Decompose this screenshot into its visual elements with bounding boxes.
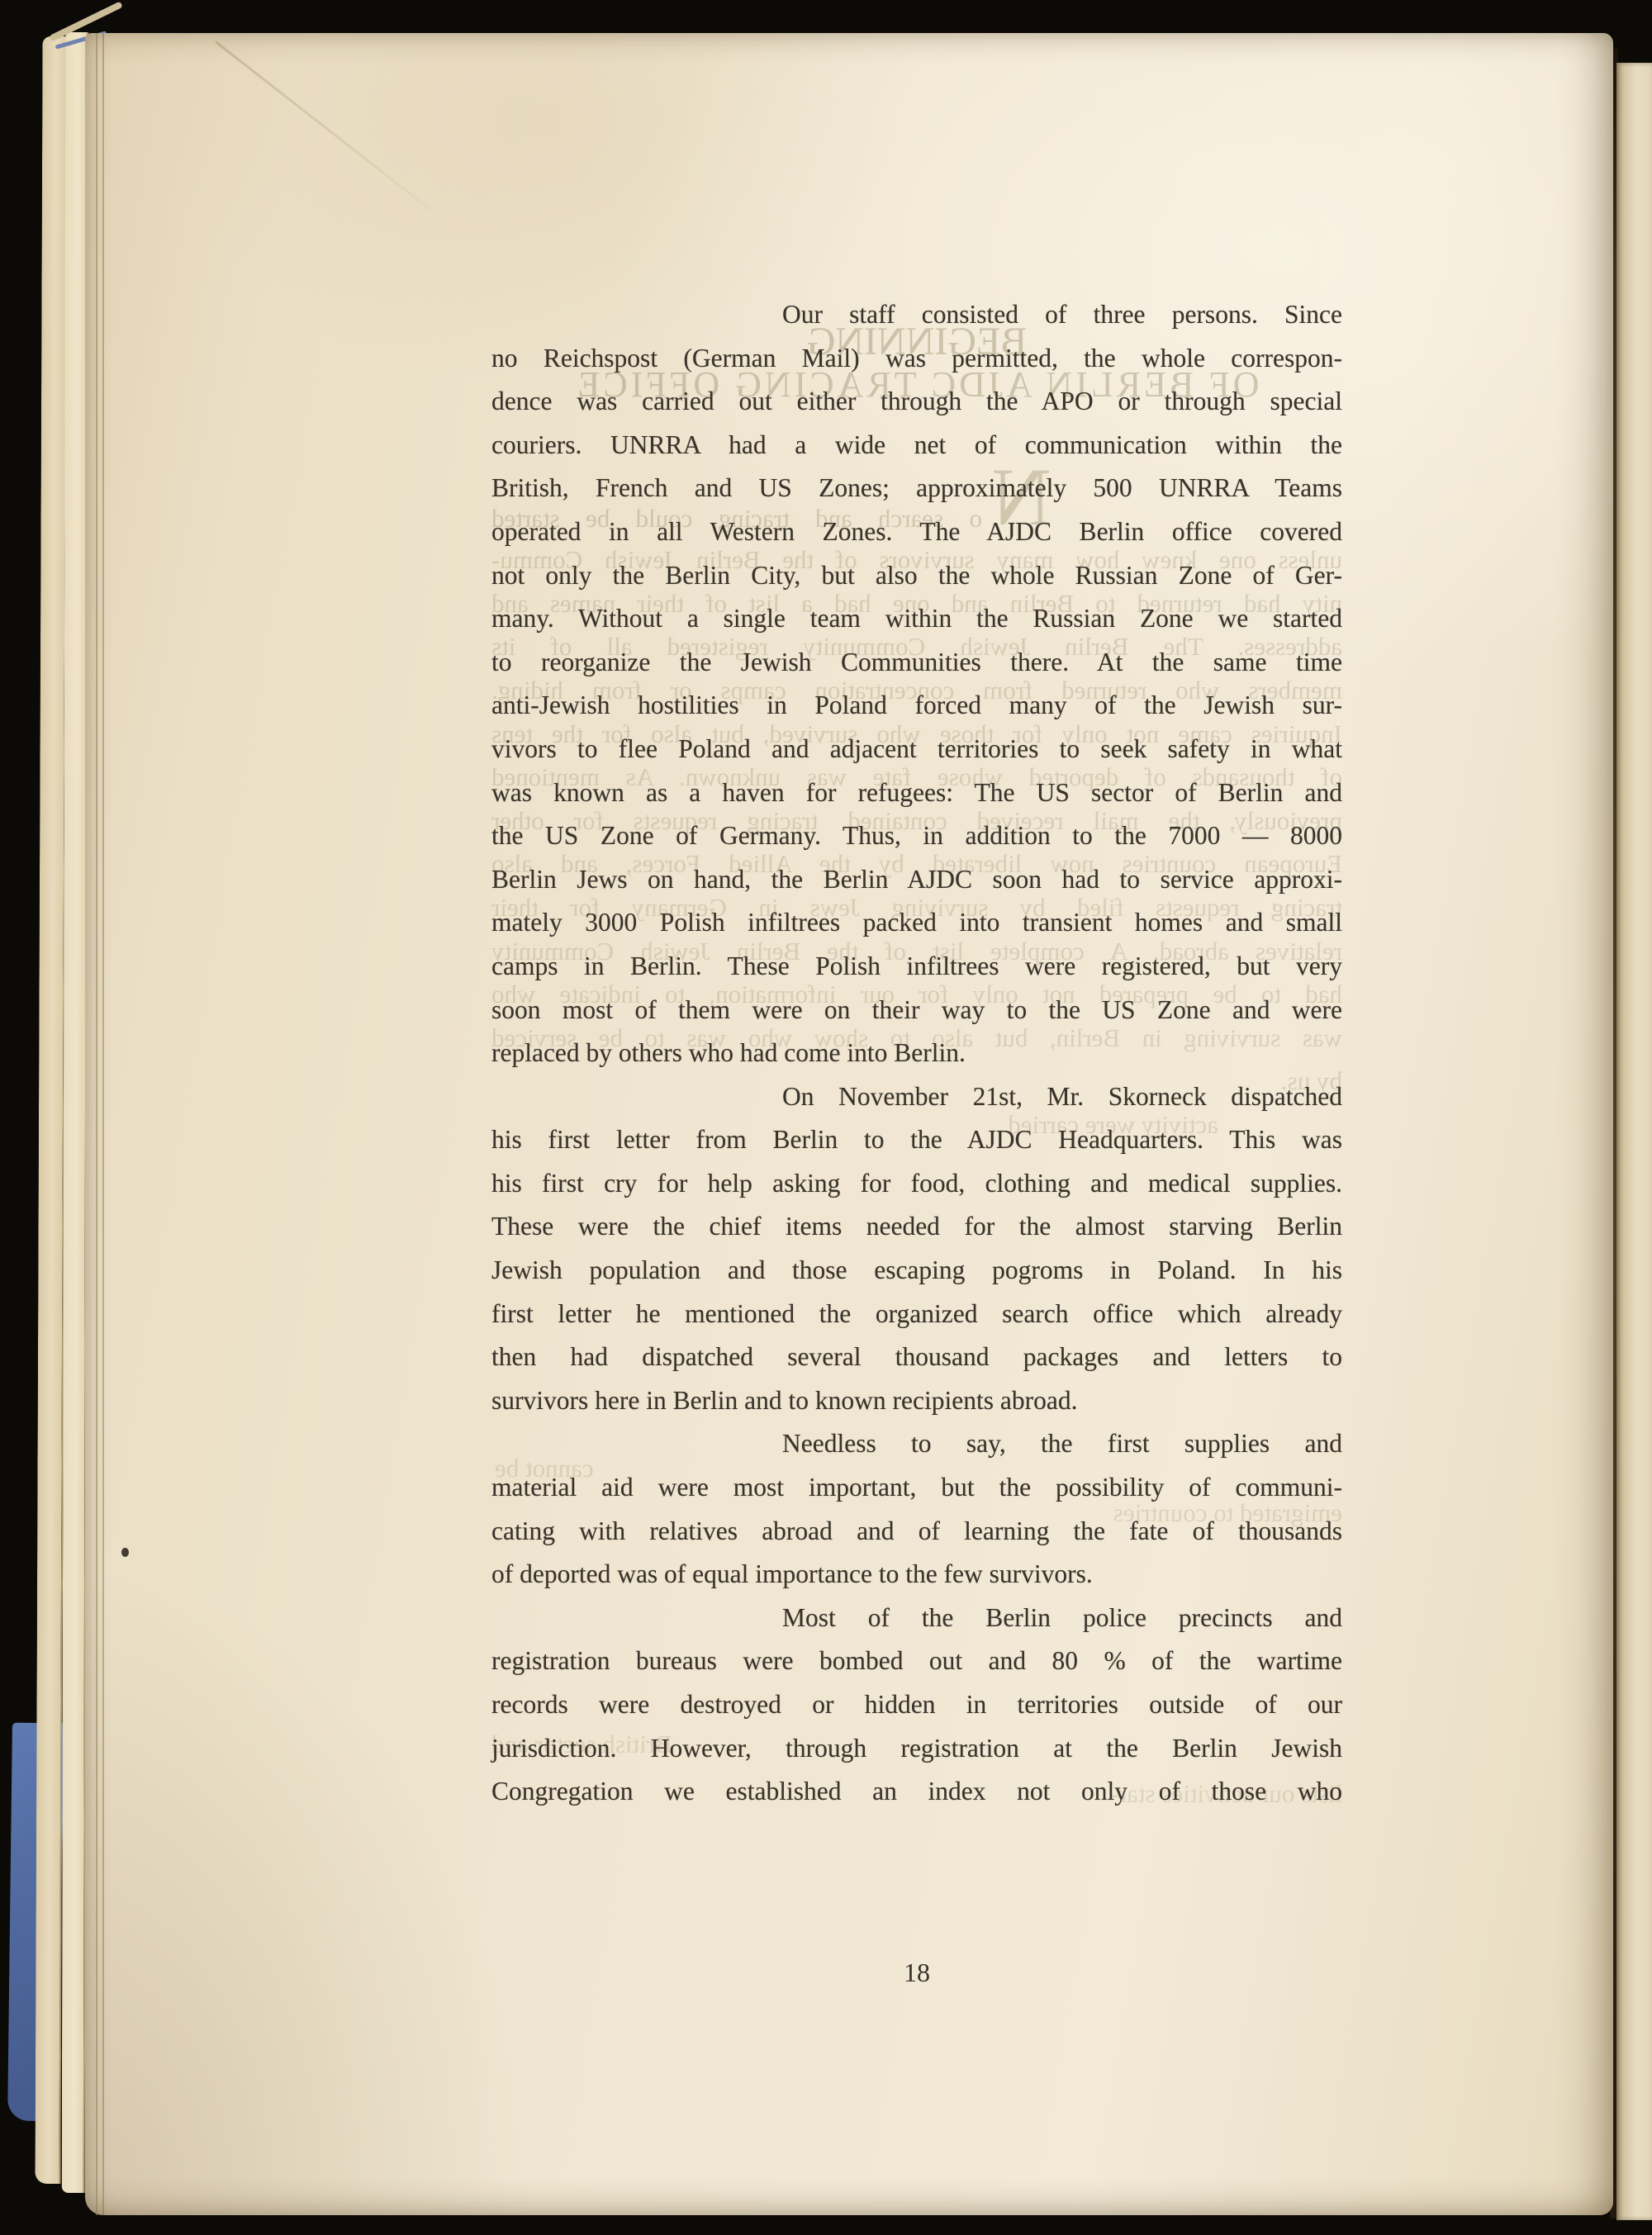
- text-line: camps in Berlin. These Polish infiltrees…: [491, 945, 1342, 989]
- text-line: his first letter from Berlin to the AJDC…: [491, 1118, 1342, 1162]
- facing-page-edge: [1616, 63, 1652, 2220]
- text-line: cating with relatives abroad and of lear…: [491, 1510, 1342, 1554]
- text-line: Most of the Berlin police precincts and: [491, 1597, 1342, 1640]
- text-line: replaced by others who had come into Ber…: [491, 1032, 1342, 1075]
- text-line: to reorganize the Jewish Communities the…: [491, 641, 1342, 685]
- text-line: material aid were most important, but th…: [491, 1466, 1342, 1510]
- book-page: BEGINNING OF BERLIN AJDC TRACING OFFICE …: [85, 33, 1613, 2215]
- book-scan: BEGINNING OF BERLIN AJDC TRACING OFFICE …: [0, 0, 1652, 2235]
- text-line: his first cry for help asking for food, …: [491, 1162, 1342, 1206]
- text-line: Jewish population and those escaping pog…: [491, 1249, 1342, 1293]
- text-line: These were the chief items needed for th…: [491, 1205, 1342, 1249]
- text-line: jurisdiction. However, through registrat…: [491, 1727, 1342, 1771]
- page-fold-line: [96, 33, 97, 2215]
- ink-speck: [121, 1548, 129, 1557]
- text-line: vivors to flee Poland and adjacent terri…: [491, 728, 1342, 771]
- text-line: On November 21st, Mr. Skorneck dispatche…: [491, 1075, 1342, 1119]
- text-line: dence was carried out either through the…: [491, 380, 1342, 424]
- page-fold-line: [102, 33, 104, 2215]
- text-line: British, French and US Zones; approximat…: [491, 467, 1342, 510]
- text-line: no Reichspost (German Mail) was permitte…: [491, 337, 1342, 381]
- text-line: Needless to say, the first supplies and: [491, 1422, 1342, 1466]
- text-line: not only the Berlin City, but also the w…: [491, 554, 1342, 598]
- text-line: Our staff consisted of three persons. Si…: [491, 293, 1342, 337]
- text-line: soon most of them were on their way to t…: [491, 989, 1342, 1032]
- text-line: the US Zone of Germany. Thus, in additio…: [491, 814, 1342, 858]
- text-line: was known as a haven for refugees: The U…: [491, 771, 1342, 815]
- text-line: survivors here in Berlin and to known re…: [491, 1379, 1342, 1423]
- paper-crease: [215, 40, 451, 225]
- text-line: Berlin Jews on hand, the Berlin AJDC soo…: [491, 858, 1342, 902]
- text-line: first letter he mentioned the organized …: [491, 1293, 1342, 1336]
- text-line: then had dispatched several thousand pac…: [491, 1336, 1342, 1379]
- page-number: 18: [491, 1957, 1342, 1988]
- text-line: operated in all Western Zones. The AJDC …: [491, 510, 1342, 554]
- text-line: mately 3000 Polish infiltrees packed int…: [491, 901, 1342, 945]
- text-line: many. Without a single team within the R…: [491, 597, 1342, 641]
- text-line: Congregation we established an index not…: [491, 1770, 1342, 1814]
- body-text: Our staff consisted of three persons. Si…: [491, 293, 1342, 1814]
- text-line: registration bureaus were bombed out and…: [491, 1639, 1342, 1683]
- text-line: of deported was of equal importance to t…: [491, 1553, 1342, 1597]
- text-line: anti-Jewish hostilities in Poland forced…: [491, 684, 1342, 728]
- text-line: couriers. UNRRA had a wide net of commun…: [491, 424, 1342, 467]
- text-line: records were destroyed or hidden in terr…: [491, 1683, 1342, 1727]
